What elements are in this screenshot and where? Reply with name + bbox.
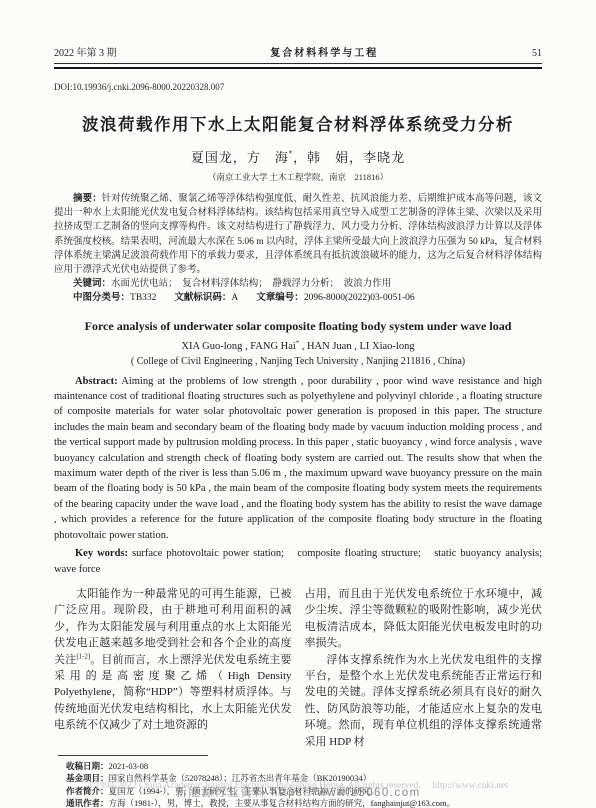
doc-code-value: A: [231, 293, 238, 303]
abstract-en-text: Aiming at the problems of low strength ,…: [54, 376, 542, 541]
abstract-en: Abstract: Aiming at the problems of low …: [54, 374, 542, 543]
footnote-rule: [58, 755, 208, 756]
affiliation-cn: （南京工业大学 土木工程学院，南京 211816）: [54, 171, 542, 183]
body-text: 。目前而言，水上漂浮光伏发电系统主要采用的是高密度聚乙烯（High Densit…: [54, 654, 292, 732]
abstract-cn-text: 针对传统聚乙烯、聚氯乙烯等浮体结构强度低、耐久性差、抗风浪能力差、后期维护成本高…: [54, 194, 542, 275]
footnote-text: 2021-03-08: [109, 761, 149, 771]
footnote-received-date: 收稿日期：2021-03-08: [54, 760, 542, 772]
clc-label: 中图分类号：: [73, 292, 130, 303]
body-column-left: 太阳能作为一种最常见的可再生能源，已被广泛应用。现阶段，由于耕地可利用面积的减少…: [54, 586, 292, 750]
authors-cn-pre: 夏国龙，方 海: [191, 150, 289, 165]
keywords-en-text: surface photovoltaic power station; comp…: [54, 548, 553, 574]
keywords-cn-line: 关键词：水面光伏电站； 复合材料浮体结构； 静载浮力分析； 波浪力作用: [54, 277, 542, 291]
clc-line: 中图分类号：TB332文献标识码：A文章编号：2096-8000(2022)03…: [54, 291, 542, 305]
paper-title-cn: 波浪荷载作用下水上太阳能复合材料浮体系统受力分析: [54, 111, 542, 135]
header-rule-thick: [54, 67, 542, 70]
keywords-en-line: Key words: surface photovoltaic power st…: [54, 546, 542, 577]
page-number: 51: [532, 48, 542, 59]
abstract-cn-label: 摘要：: [73, 193, 102, 204]
authors-en: XIA Guo-long , FANG Hai* , HAN Juan , LI…: [54, 341, 542, 352]
authors-cn-post: ，韩 娟，李晓龙: [293, 150, 405, 165]
journal-name: 复合材料科学与工程: [270, 44, 378, 59]
paper-title-en: Force analysis of underwater solar compo…: [54, 319, 542, 334]
abstract-cn: 摘要：针对传统聚乙烯、聚氯乙烯等浮体结构强度低、耐久性差、抗风浪能力差、后期维护…: [54, 192, 542, 277]
body-paragraph: 太阳能作为一种最常见的可再生能源，已被广泛应用。现阶段，由于耕地可利用面积的减少…: [54, 586, 292, 734]
body-columns: 太阳能作为一种最常见的可再生能源，已被广泛应用。现阶段，由于耕地可利用面积的减少…: [54, 586, 542, 750]
doc-code-label: 文献标识码：: [174, 292, 231, 303]
journal-issue: 2022 年第 3 期: [54, 44, 117, 59]
citation-ref: [1-2]: [76, 653, 90, 660]
affiliation-en: ( College of Civil Engineering , Nanjing…: [54, 356, 542, 367]
body-paragraph: 浮体支撑系统作为水上光伏发电组件的支撑平台，是整个水上光伏发电系统能否正常运行和…: [305, 652, 543, 750]
article-id-label: 文章编号：: [256, 292, 304, 303]
paper-page: 2022 年第 3 期 复合材料科学与工程 51 DOI:10.19936/j.…: [0, 0, 596, 808]
watermark-z3060: 新能源行业资料 https://www.z3060.com: [0, 784, 596, 800]
authors-cn: 夏国龙，方 海*，韩 娟，李晓龙: [54, 147, 542, 166]
article-id-value: 2096-8000(2022)03-0051-06: [304, 293, 415, 303]
body-paragraph: 占用，而且由于光伏发电系统位于水环境中，减少尘埃、浮尘等微颗粒的吸附性影响，减少…: [305, 586, 543, 652]
keywords-en-label: Key words:: [75, 548, 128, 559]
page-header: 2022 年第 3 期 复合材料科学与工程 51: [54, 44, 542, 59]
authors-en-post: , HAN Juan , LI Xiao-long: [299, 341, 414, 352]
header-rule-thin: [54, 63, 542, 64]
footnote-label: 收稿日期：: [66, 761, 109, 771]
authors-en-pre: XIA Guo-long , FANG Hai: [181, 341, 295, 352]
doi-line: DOI:10.19936/j.cnki.2096-8000.20220328.0…: [54, 82, 542, 92]
abstract-en-label: Abstract:: [75, 376, 118, 387]
clc-value: TB332: [130, 293, 156, 303]
keywords-cn-label: 关键词：: [73, 278, 111, 289]
body-column-right: 占用，而且由于光伏发电系统位于水环境中，减少尘埃、浮尘等微颗粒的吸附性影响，减少…: [305, 586, 543, 750]
keywords-cn-text: 水面光伏电站； 复合材料浮体结构； 静载浮力分析； 波浪力作用: [111, 279, 391, 289]
